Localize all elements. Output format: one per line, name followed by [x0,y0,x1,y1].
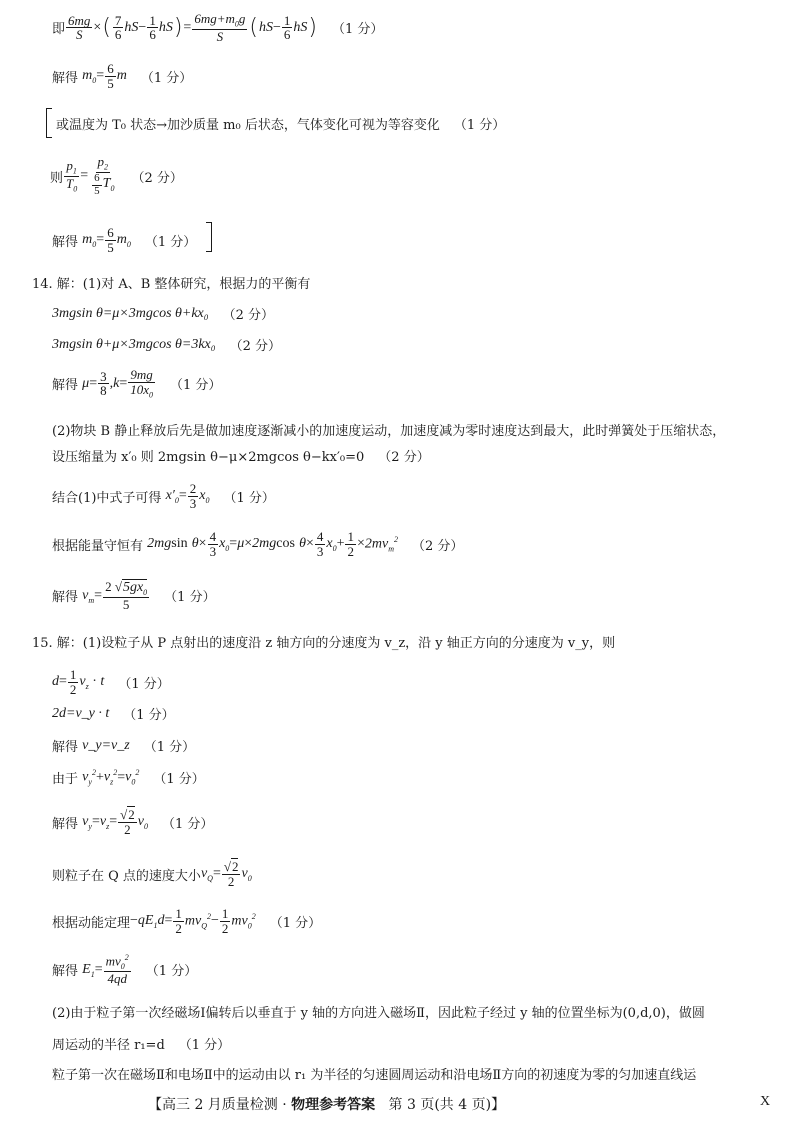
fraction: 43 [208,530,219,558]
fraction: 9mg10x0 [128,368,155,400]
fraction: p1T0 [64,159,79,194]
q15-eq2: 2d=v_y · t （1 分） [52,704,175,723]
fraction: 65 [105,62,116,90]
fraction: 43 [315,530,326,558]
score-label: （1 分） [145,231,196,250]
fraction: mv024qd [104,954,131,986]
equation-text: 设压缩量为 x′₀ 则 2mgsin θ−μ×2mgcos θ−kx′₀=0 [52,446,364,465]
score-label: （1 分） [179,1034,230,1053]
score-label: （2 分） [230,335,281,354]
score-label: （1 分） [162,813,213,832]
fraction: 38 [98,370,109,398]
q15-eq5: 解得 vy=vz= √22v0 （1 分） [52,808,213,836]
line-prefix: 解得 [52,960,78,979]
line-prefix: 则 [50,167,63,186]
q15-eq6: 则粒子在 Q 点的速度大小 vQ= √22v0 [52,860,252,888]
q14-part2-line1: (2)物块 B 静止释放后先是做加速度逐渐减小的加速度运动，加速度减为零时速度达… [52,420,725,439]
score-label: （1 分） [141,67,192,86]
line-prefix: 根据能量守恒有 [52,535,143,554]
equation-line-2: 解得 m0= 65m （1 分） [52,62,192,90]
fraction: 65 [105,226,116,254]
line-prefix: 解得 [52,374,78,393]
score-label: （1 分） [123,704,174,723]
fraction: 6mg+m0gS [192,12,247,44]
equation-text: 周运动的半径 r₁=d [52,1034,165,1053]
footer-bracket-left: 【 [148,1097,162,1113]
q15-eq4: 由于 vy2+vz2=v02 （1 分） [52,768,205,787]
fraction: p265T0 [89,155,116,197]
score-label: （1 分） [146,960,197,979]
bracket-open [46,108,52,138]
line-prefix: 解得 [52,586,78,605]
q14-part2-line2: 设压缩量为 x′₀ 则 2mgsin θ−μ×2mgcos θ−kx′₀=0 （… [52,446,430,465]
q15-eq3: 解得 v_y=v_z （1 分） [52,736,195,755]
q15-part2-line1: (2)由于粒子第一次经磁场Ⅰ偏转后以垂直于 y 轴的方向进入磁场Ⅱ，因此粒子经过… [52,1002,705,1021]
score-label: （1 分） [170,374,221,393]
footer-subject: 物理参考答案 [291,1097,375,1113]
q15-heading: 15. 解：(1)设粒子从 P 点射出的速度沿 z 轴方向的分速度为 v_z，沿… [32,632,615,651]
line-prefix: 由于 [52,768,78,787]
equation-line-1: 即 6mgS ×( 76hS− 16hS)= 6mg+m0gS (hS− 16h… [52,12,383,44]
q14-heading: 14. 解：(1)对 A、B 整体研究，根据力的平衡有 [32,273,310,292]
fraction: 12 [68,668,79,696]
fraction: 76 [113,14,124,42]
footer-bracket-right: 】 [491,1097,505,1113]
footer-mark: X [760,1094,770,1110]
line-prefix: 根据动能定理 [52,912,130,931]
equation-text: 2d=v_y · t [52,706,109,722]
footer-title: 【高三 2 月质量检测 · 物理参考答案 第 3 页(共 4 页)】 [148,1094,505,1114]
footer-page-number: 第 3 页(共 4 页) [389,1097,492,1113]
score-label: （2 分） [223,304,274,323]
q15-eq7: 根据动能定理 −qE1d= 12mvQ2− 12mv02 （1 分） [52,907,321,935]
q14-eq2: 3mgsin θ+μ×3mgcos θ=3kx₀ （2 分） [52,335,281,354]
line-prefix: 解得 [52,813,78,832]
line-prefix: 结合(1)中式子可得 [52,487,161,506]
score-label: （2 分） [412,535,463,554]
score-label: （1 分） [144,736,195,755]
equation-line-5: 解得 m0= 65m0 （1 分） [52,226,196,254]
fraction: 12 [345,530,356,558]
equation-line-4: 则 p1T0= p265T0 （2 分） [50,155,183,197]
line-prefix: 则粒子在 Q 点的速度大小 [52,865,201,884]
q14-eq3: 解得 μ= 38,k= 9mg10x0 （1 分） [52,368,221,400]
q15-eq1: d= 12vz · t （1 分） [52,668,170,696]
fraction: 16 [282,14,293,42]
score-label: （2 分） [131,167,182,186]
equation-text: v_y=v_z [82,738,130,754]
q14-part2-line4: 根据能量守恒有 2mgsin θ× 43x0=μ×2mgcos θ× 43x0+… [52,530,463,558]
fraction: 23 [188,482,199,510]
q15-part2-line3: 粒子第一次在磁场Ⅱ和电场Ⅱ中的运动由以 r₁ 为半径的匀速圆周运动和沿电场Ⅱ方向… [52,1064,696,1083]
q14-part2-line3: 结合(1)中式子可得 x′0= 23x0 （1 分） [52,482,275,510]
q15-eq8: 解得 E1= mv024qd （1 分） [52,954,197,986]
fraction: 6mgS [66,14,92,42]
fraction: 12 [220,907,231,935]
footer-exam-name: 高三 2 月质量检测 · [162,1097,291,1113]
line-prefix: 解得 [52,67,78,86]
score-label: （1 分） [153,768,204,787]
score-label: （1 分） [164,586,215,605]
fraction: √22 [118,808,137,836]
score-label: （1 分） [332,18,383,37]
score-label: （1 分） [118,673,169,692]
fraction: √22 [222,860,241,888]
fraction: 2 √5gx05 [103,580,149,612]
equation-text: 3mgsin θ+μ×3mgcos θ=3kx₀ [52,337,216,353]
fraction: 16 [147,14,158,42]
alternative-statement: 或温度为 T₀ 状态→加沙质量 m₀ 后状态，气体变化可视为等容变化 （1 分） [56,114,505,133]
line-prefix: 解得 [52,736,78,755]
statement-text: 或温度为 T₀ 状态→加沙质量 m₀ 后状态，气体变化可视为等容变化 [56,114,440,133]
equation-text: 3mgsin θ=μ×3mgcos θ+kx₀ [52,306,209,322]
score-label: （1 分） [223,487,274,506]
line-prefix: 解得 [52,231,78,250]
q14-eq1: 3mgsin θ=μ×3mgcos θ+kx₀ （2 分） [52,304,274,323]
bracket-close [206,222,212,252]
score-label: （1 分） [270,912,321,931]
score-label: （2 分） [378,446,429,465]
line-prefix: 即 [52,18,65,37]
q15-part2-line2: 周运动的半径 r₁=d （1 分） [52,1034,230,1053]
fraction: 12 [173,907,184,935]
q14-part2-line5: 解得 vm= 2 √5gx05 （1 分） [52,580,216,612]
score-label: （1 分） [454,114,505,133]
